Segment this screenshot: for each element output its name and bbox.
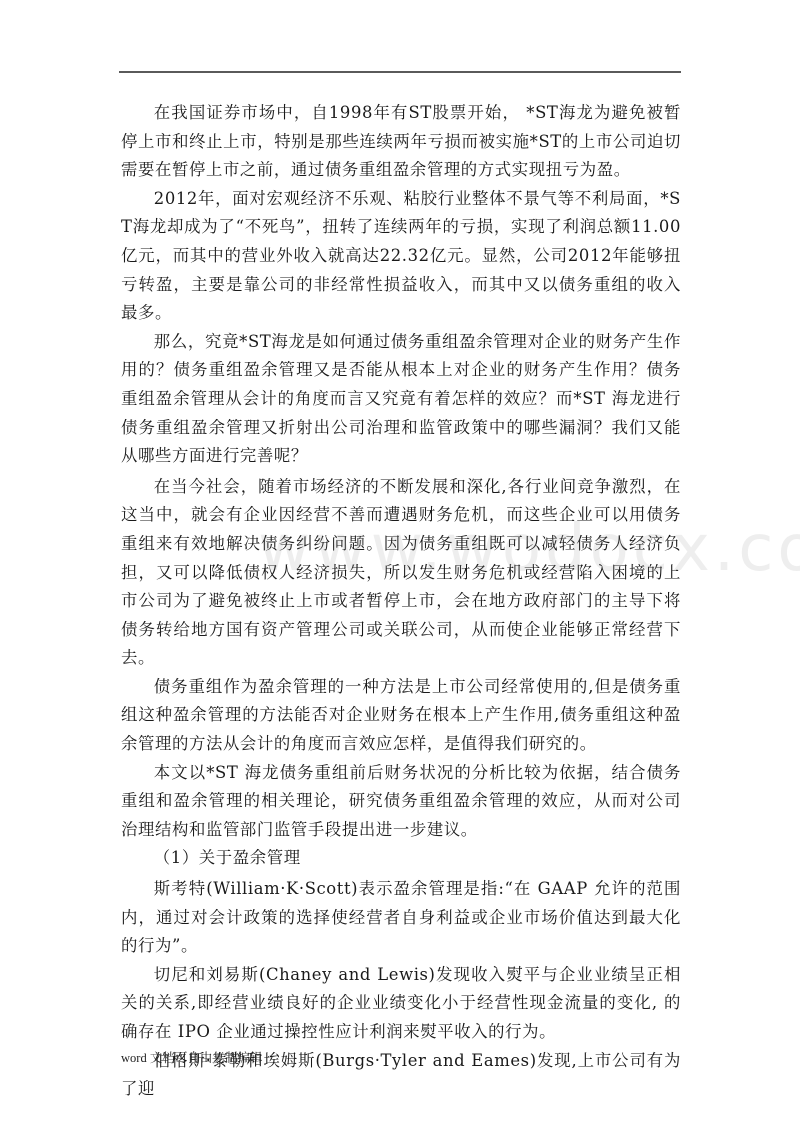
header-rule <box>119 71 681 73</box>
footer-note: word 文档可自由复制编辑 <box>121 1048 262 1066</box>
document-body: 在我国证券市场中，自1998年有ST股票开始， *ST海龙为避免被暂停上市和终止… <box>121 99 681 1104</box>
paragraph-scott-definition: 斯考特(William·K·Scott)表示盈余管理是指:“在 GAAP 允许的… <box>121 875 681 961</box>
paragraph-research-questions: 那么，究竟*ST海龙是如何通过债务重组盈余管理对企业的财务产生作用的？债务重组盈… <box>121 328 681 471</box>
paragraph-paper-purpose: 本文以*ST 海龙债务重组前后财务状况的分析比较为依据，结合债务重组和盈余管理的… <box>121 759 681 845</box>
paragraph-2012-results: 2012年，面对宏观经济不乐观、粘胶行业整体不景气等不利局面，*ST海龙却成为了… <box>121 185 681 328</box>
paragraph-chaney-lewis: 切尼和刘易斯(Chaney and Lewis)发现收入熨平与企业业绩呈正相关的… <box>121 961 681 1047</box>
paragraph-method-significance: 债务重组作为盈余管理的一种方法是上市公司经常使用的,但是债务重组这种盈余管理的方… <box>121 673 681 759</box>
paragraph-debt-restructuring-background: 在当今社会，随着市场经济的不断发展和深化,各行业间竞争激烈，在这当中，就会有企业… <box>121 473 681 673</box>
paragraph-intro-st-history: 在我国证券市场中，自1998年有ST股票开始， *ST海龙为避免被暂停上市和终止… <box>121 99 681 185</box>
section-heading-earnings-management: （1）关于盈余管理 <box>121 844 681 873</box>
